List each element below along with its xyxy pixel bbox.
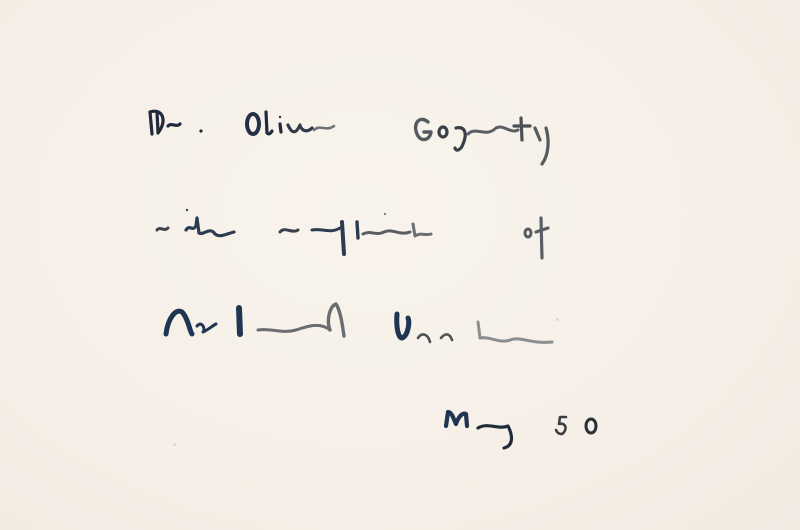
line-recipient-strokes (150, 111, 548, 164)
line-compliments-strokes (157, 209, 548, 258)
inscription-page: Dr. Oliver Gogarty with compliments of A… (0, 0, 800, 530)
handwriting-strokes (0, 0, 800, 530)
line-date-strokes (446, 412, 596, 448)
line-signature-strokes (166, 304, 552, 342)
